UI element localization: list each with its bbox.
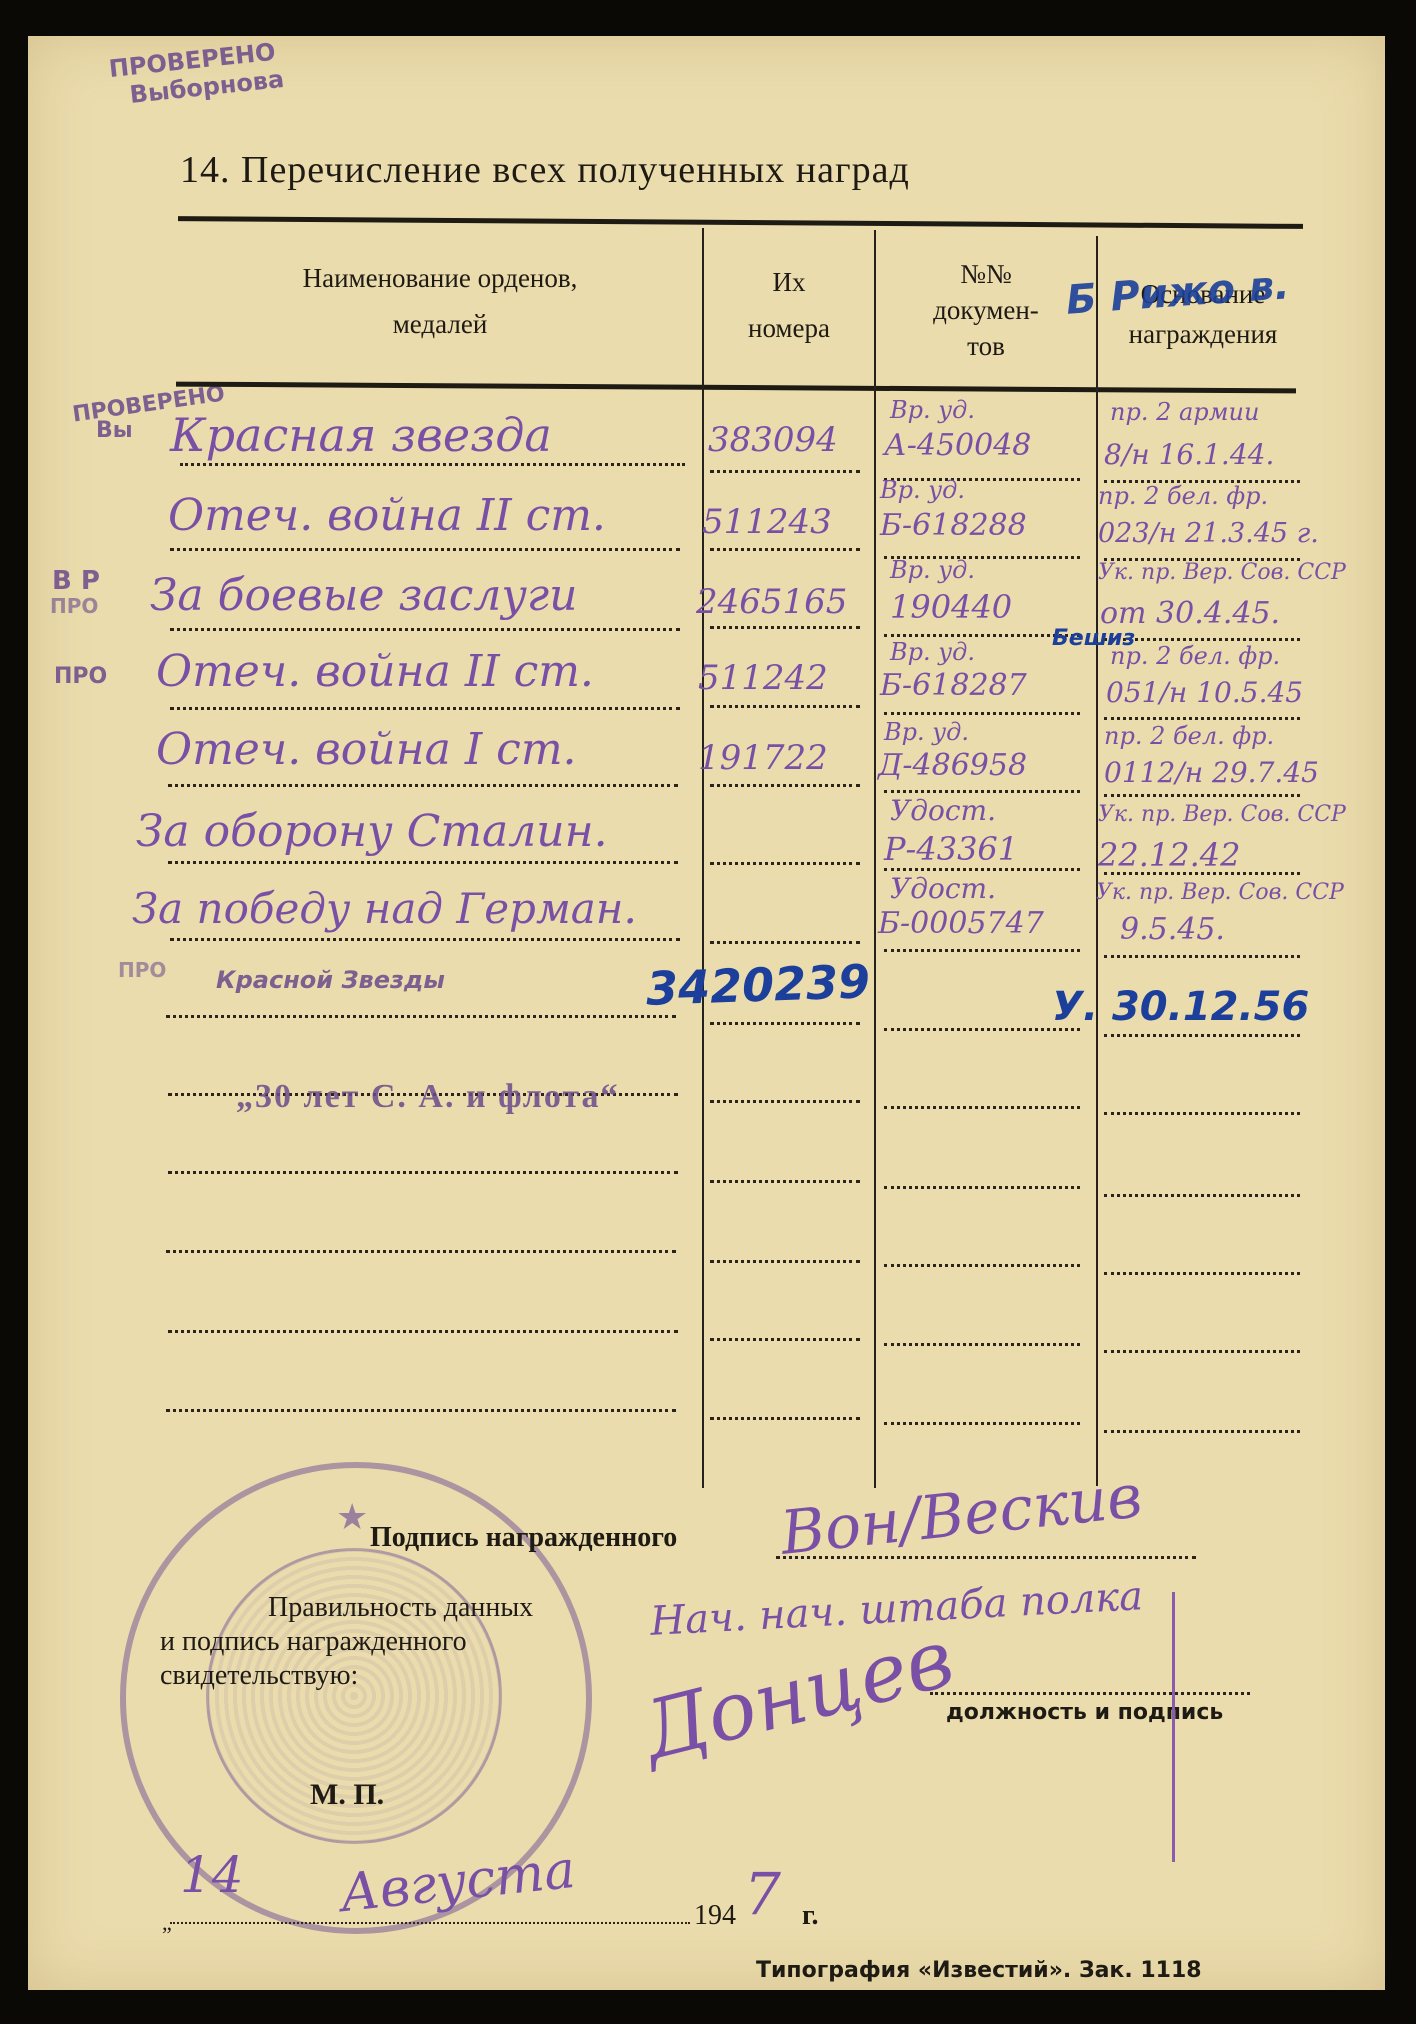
date-line bbox=[170, 1922, 690, 1924]
margin-stamp-3: В Р bbox=[52, 566, 100, 596]
basis-line-2: 9.5.45. bbox=[1120, 912, 1225, 947]
award-name: Отеч. война II ст. bbox=[168, 490, 606, 541]
document-type: Вр. уд. bbox=[890, 638, 975, 666]
row-line bbox=[884, 1106, 1080, 1109]
award-name: За оборону Сталин. bbox=[136, 806, 608, 857]
row-line bbox=[710, 1338, 860, 1341]
award-number: 2465165 bbox=[696, 582, 847, 622]
row-line bbox=[710, 941, 860, 944]
basis-line-2: 051/н 10.5.45 bbox=[1106, 676, 1303, 709]
date-day: 14 bbox=[180, 1846, 244, 1904]
row-line bbox=[710, 1100, 860, 1103]
basis-line-2: 0112/н 29.7.45 bbox=[1104, 756, 1319, 789]
margin-stamp-4: ПРО bbox=[50, 594, 98, 618]
row-line bbox=[884, 949, 1080, 952]
row-line bbox=[166, 1409, 676, 1412]
basis-line-2: 8/н 16.1.44. bbox=[1104, 438, 1274, 471]
award-name: Отеч. война I ст. bbox=[156, 724, 577, 775]
row-line bbox=[710, 1417, 860, 1420]
basis-line-2: У. 30.12.56 bbox=[1052, 984, 1309, 1030]
row-line bbox=[1104, 1112, 1300, 1115]
award-number: 511242 bbox=[698, 658, 828, 698]
row-line bbox=[1104, 1272, 1300, 1275]
verify-text-line-3: свидетельствую: bbox=[160, 1660, 358, 1692]
basis-line-1: Ук. пр. Вер. Сов. ССР bbox=[1098, 560, 1346, 585]
award-name: Отеч. война II ст. bbox=[156, 646, 594, 697]
signature-label: Подпись награжденного bbox=[370, 1522, 677, 1554]
row-line bbox=[884, 868, 1080, 871]
verify-text-line-1: Правильность данных bbox=[268, 1592, 533, 1624]
header-numbers: Их номера bbox=[704, 262, 874, 348]
row-line bbox=[710, 548, 860, 551]
document-number: Б-618287 bbox=[880, 668, 1027, 703]
row-line bbox=[710, 705, 860, 708]
header-documents-l3: тов bbox=[876, 328, 1096, 364]
row-line bbox=[168, 1330, 678, 1333]
row-line bbox=[710, 784, 860, 787]
document-number: Р-43361 bbox=[884, 830, 1018, 868]
row-line bbox=[710, 862, 860, 865]
row-line bbox=[166, 1250, 676, 1253]
row-line bbox=[710, 626, 860, 629]
row-line bbox=[168, 1171, 678, 1174]
header-documents-l1: №№ bbox=[876, 256, 1096, 292]
header-basis-l2: награждения bbox=[1098, 314, 1308, 354]
row-line bbox=[710, 470, 860, 473]
document-number: Б-618288 bbox=[880, 508, 1027, 543]
header-numbers-l1: Их bbox=[704, 262, 874, 302]
row-line bbox=[1104, 955, 1300, 958]
basis-line-1: пр. 2 армии bbox=[1110, 398, 1259, 426]
row-line bbox=[710, 1180, 860, 1183]
row-line bbox=[884, 1186, 1080, 1189]
margin-stamp-6: ПРО bbox=[118, 958, 166, 982]
date-year-digit: 7 bbox=[744, 1860, 781, 1928]
row-line bbox=[884, 1422, 1080, 1425]
row-line bbox=[884, 1343, 1080, 1346]
award-name: За победу над Герман. bbox=[132, 884, 637, 933]
row-line bbox=[884, 1028, 1080, 1031]
award-number: 3420239 bbox=[645, 954, 871, 1016]
printer-imprint: Типография «Известий». Зак. 1118 bbox=[756, 1958, 1202, 1983]
award-number: 511243 bbox=[702, 502, 832, 542]
document-number: Б-0005747 bbox=[878, 906, 1044, 941]
seal-place-label: М. П. bbox=[310, 1778, 384, 1812]
row-line bbox=[170, 548, 680, 551]
star-icon: ★ bbox=[336, 1496, 368, 1538]
row-line bbox=[710, 1022, 860, 1025]
row-line bbox=[1104, 1350, 1300, 1353]
award-name: „30 лет С. А. и флота“ bbox=[236, 1078, 620, 1116]
position-label: должность и подпись bbox=[946, 1700, 1223, 1725]
basis-line-1: Ук. пр. Вер. Сов. ССР bbox=[1096, 880, 1344, 905]
signature-stroke bbox=[1172, 1592, 1175, 1862]
verify-text-line-2: и подпись награжденного bbox=[160, 1626, 467, 1658]
date-year-suffix: г. bbox=[802, 1900, 819, 1932]
row-line bbox=[170, 938, 680, 941]
basis-line-1: Ук. пр. Вер. Сов. ССР bbox=[1098, 802, 1346, 827]
row-line bbox=[1104, 1194, 1300, 1197]
row-line bbox=[1104, 717, 1300, 720]
document-type: Вр. уд. bbox=[890, 396, 975, 424]
row-line bbox=[1104, 1034, 1300, 1037]
row-line bbox=[168, 784, 678, 787]
row-line bbox=[710, 1260, 860, 1263]
award-number: 191722 bbox=[698, 738, 828, 778]
date-year-prefix: 194 bbox=[694, 1900, 736, 1932]
document-number: А-450048 bbox=[884, 428, 1031, 463]
column-divider-1 bbox=[702, 228, 704, 1488]
row-line bbox=[170, 628, 680, 631]
award-name: За боевые заслуги bbox=[150, 570, 577, 621]
position-signature-line bbox=[930, 1692, 1250, 1695]
basis-line-2: 22.12.42 bbox=[1098, 836, 1241, 874]
header-documents-l2: докумен- bbox=[876, 292, 1096, 328]
award-number: 383094 bbox=[708, 420, 838, 460]
basis-line-1: пр. 2 бел. фр. bbox=[1098, 482, 1268, 510]
row-line bbox=[170, 707, 680, 710]
header-award-name: Наименование орденов, медалей bbox=[180, 258, 700, 344]
header-numbers-l2: номера bbox=[704, 308, 874, 348]
row-line bbox=[1104, 794, 1300, 797]
margin-stamp-5: ПРО bbox=[54, 664, 107, 689]
row-line bbox=[884, 790, 1080, 793]
row-line bbox=[884, 1264, 1080, 1267]
row-line bbox=[168, 861, 678, 864]
column-divider-2 bbox=[874, 230, 876, 1488]
document-type: Вр. уд. bbox=[890, 556, 975, 584]
document-type: Удост. bbox=[890, 872, 996, 905]
row-line bbox=[884, 634, 1080, 637]
basis-line-2: 023/н 21.3.45 г. bbox=[1098, 518, 1319, 549]
section-title: 14. Перечисление всех полученных наград bbox=[180, 148, 910, 192]
basis-line-1: пр. 2 бел. фр. bbox=[1104, 722, 1274, 750]
award-name: Красной Звезды bbox=[216, 966, 445, 994]
row-line bbox=[884, 712, 1080, 715]
document-type: Вр. уд. bbox=[880, 476, 965, 504]
header-documents: №№ докумен- тов bbox=[876, 256, 1096, 364]
basis-line-1: пр. 2 бел. фр. bbox=[1110, 642, 1280, 670]
row-line bbox=[1104, 1430, 1300, 1433]
header-award-name-l1: Наименование орденов, bbox=[180, 258, 700, 298]
document-type: Вр. уд. bbox=[884, 718, 969, 746]
header-award-name-l2: медалей bbox=[180, 304, 700, 344]
document-type: Удост. bbox=[890, 794, 996, 827]
row-line bbox=[166, 1015, 676, 1018]
row-line bbox=[180, 463, 685, 466]
document-number: 190440 bbox=[890, 588, 1012, 626]
margin-stamp-2: Вы bbox=[96, 418, 133, 443]
document-number: Д-486958 bbox=[878, 748, 1027, 783]
award-name: Красная звезда bbox=[170, 408, 552, 462]
